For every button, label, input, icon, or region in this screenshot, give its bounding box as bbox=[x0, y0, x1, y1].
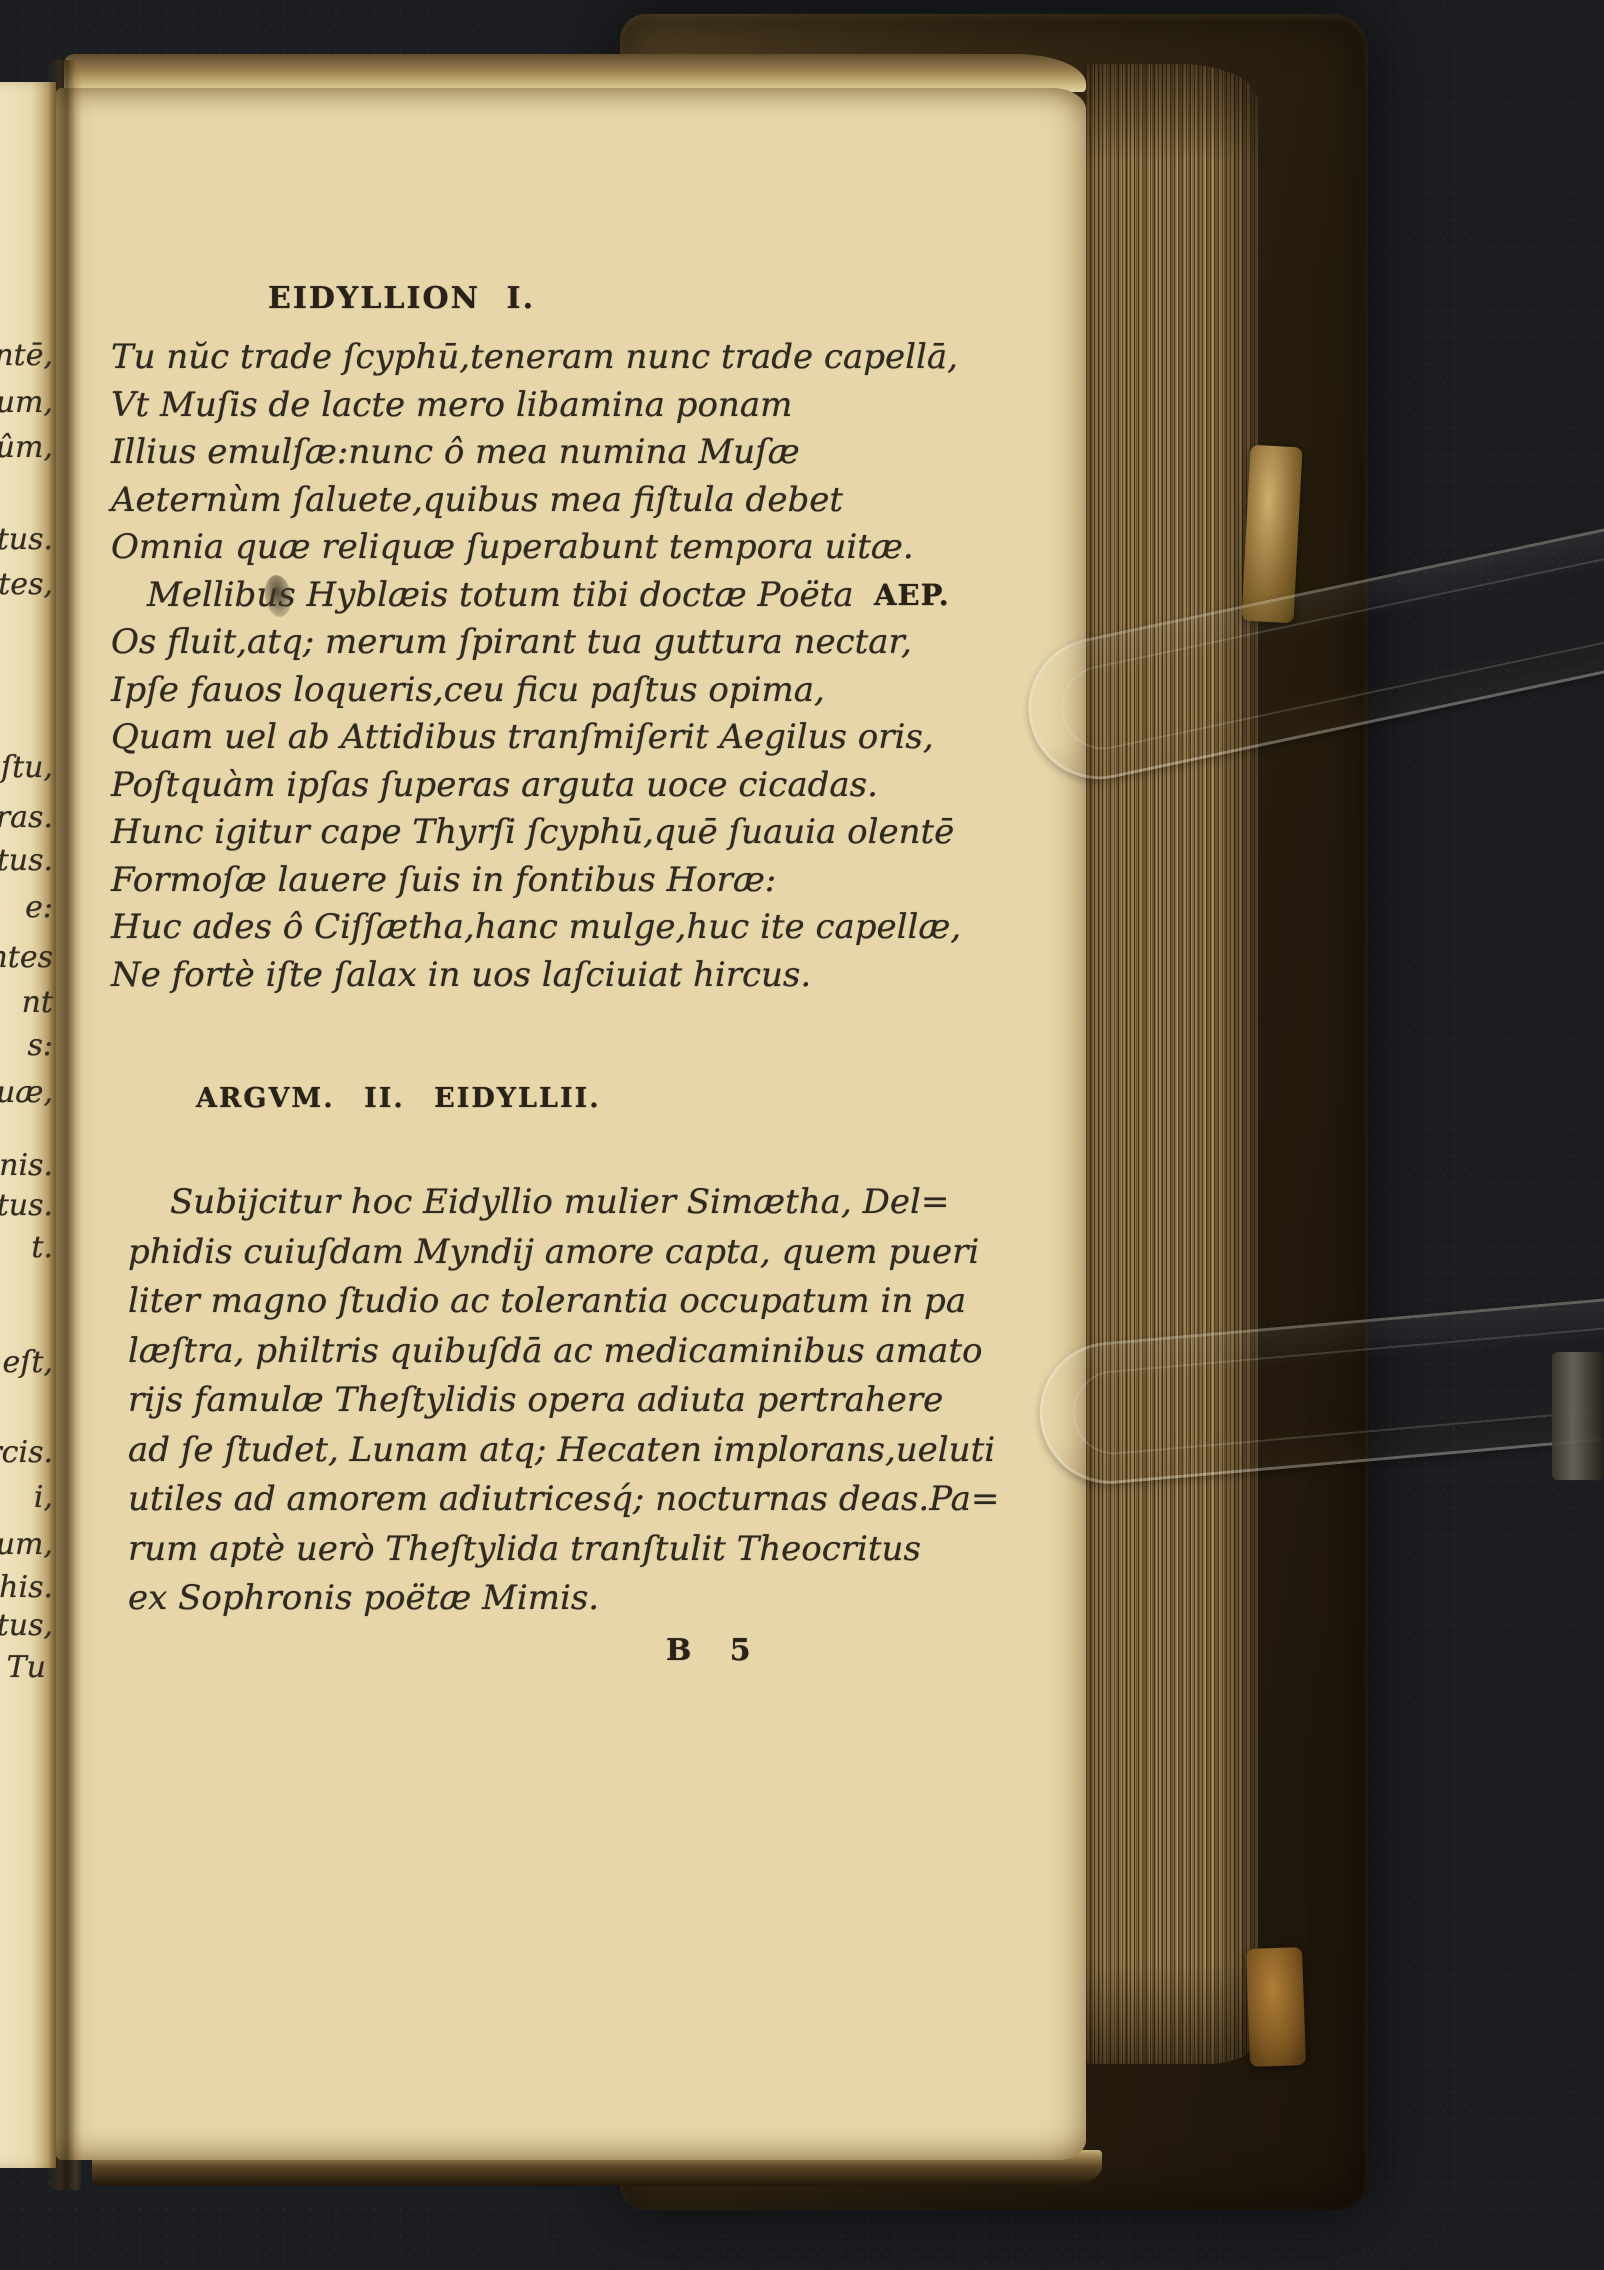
book-head-edge bbox=[64, 54, 1086, 92]
book-fore-edge bbox=[1086, 64, 1258, 2064]
verse-line: Os fluit,atq; merum ſpirant tua guttura … bbox=[111, 619, 1061, 667]
argument-block: Subijcitur hoc Eidyllio mulier Simætha, … bbox=[128, 1178, 1068, 1624]
margin-fragment: antes, bbox=[0, 567, 53, 602]
verse-line: Ne fortè iſte ſalax in uos laſciuiat hir… bbox=[111, 952, 1061, 1000]
page: EIDYLLION I. Tu nŭc trade ſcyphū,teneram… bbox=[56, 88, 1086, 2160]
catchword: Tu bbox=[7, 1650, 46, 1685]
argument-heading: ARGVM. II. EIDYLLII. bbox=[196, 1083, 601, 1114]
margin-fragment: bras. bbox=[0, 800, 53, 835]
verse-line: Hunc igitur cape Thyrſi ſcyphū,quē ſuaui… bbox=[111, 809, 1061, 857]
margin-fragment: nis. bbox=[0, 1148, 53, 1183]
margin-fragment: uæ, bbox=[0, 1075, 53, 1110]
clasp-remnant bbox=[1246, 1947, 1306, 2067]
strap-fitting bbox=[1552, 1352, 1604, 1480]
argument-line: rum aptè uerò Theſtylida tranſtulit Theo… bbox=[128, 1525, 1068, 1575]
margin-fragment: te cātus, bbox=[0, 1608, 53, 1643]
margin-fragment: te cātus. bbox=[0, 843, 53, 878]
page-header: EIDYLLION I. bbox=[268, 281, 535, 316]
verse-line: Aeternùm ſaluete,quibus mea fiſtula debe… bbox=[111, 477, 1061, 525]
margin-fragment: atum, bbox=[0, 1527, 53, 1562]
margin-note-aep: AEP. bbox=[874, 578, 950, 612]
verse-line: Ipſe fauos loqueris,ceu ficu paſtus opim… bbox=[111, 667, 1061, 715]
margin-fragment: montē, bbox=[0, 338, 53, 373]
argument-line: utiles ad amorem adiutricesq́; nocturnas… bbox=[128, 1475, 1068, 1525]
verse-block: Tu nŭc trade ſcyphū,teneram nunc trade c… bbox=[111, 334, 1061, 999]
margin-fragment: te cātus. bbox=[0, 522, 53, 557]
argument-line: ad ſe ſtudet, Lunam atq; Hecaten implora… bbox=[128, 1426, 1068, 1476]
margin-fragment: diuûm, bbox=[0, 430, 53, 465]
argument-line: rijs famulæ Theſtylidis opera adiuta per… bbox=[128, 1376, 1068, 1426]
signature-mark: B 5 bbox=[666, 1633, 751, 1668]
verse-line: Illius emulſæ:nunc ô mea numina Muſæ bbox=[111, 429, 1061, 477]
margin-fragment: entē eſt, bbox=[0, 1345, 53, 1380]
verse-line: Tu nŭc trade ſcyphū,teneram nunc trade c… bbox=[111, 334, 1061, 382]
verse-line: Formoſæ lauere ſuis in fontibus Horæ: bbox=[111, 857, 1061, 905]
verse-line: Omnia quæ reliquæ ſuperabunt tempora uit… bbox=[111, 524, 1061, 572]
margin-fragment: eſtu, bbox=[0, 750, 53, 785]
margin-fragment: antes bbox=[0, 940, 53, 975]
margin-fragment: te cātus. bbox=[0, 1188, 53, 1223]
argument-line: Subijcitur hoc Eidyllio mulier Simætha, … bbox=[128, 1178, 1068, 1228]
margin-fragment: hrum, bbox=[0, 385, 53, 420]
argument-line: læſtra, philtris quibuſdā ac medicaminib… bbox=[128, 1327, 1068, 1377]
verse-line: Huc ades ô Ciſſætha,hanc mulge,huc ite c… bbox=[111, 904, 1061, 952]
photo-backdrop: montē, hrum, diuûm, te cātus. antes, eſt… bbox=[0, 0, 1604, 2270]
argument-line: phidis cuiuſdam Myndij amore capta, quem… bbox=[128, 1228, 1068, 1278]
margin-fragment: mphis. bbox=[0, 1570, 53, 1605]
argument-line: liter magno ſtudio ac tolerantia occupat… bbox=[128, 1277, 1068, 1327]
verse-line: Quam uel ab Attidibus tranſmiſerit Aegil… bbox=[111, 714, 1061, 762]
verse-line: Vt Muſis de lacte mero libamina ponam bbox=[111, 382, 1061, 430]
gutter-shadow bbox=[48, 60, 82, 2190]
verse-line: Poſtquàm ipſas ſuperas arguta uoce cicad… bbox=[111, 762, 1061, 810]
argument-line: ex Sophronis poëtæ Mimis. bbox=[128, 1574, 1068, 1624]
margin-fragment: rcis. bbox=[0, 1435, 53, 1470]
